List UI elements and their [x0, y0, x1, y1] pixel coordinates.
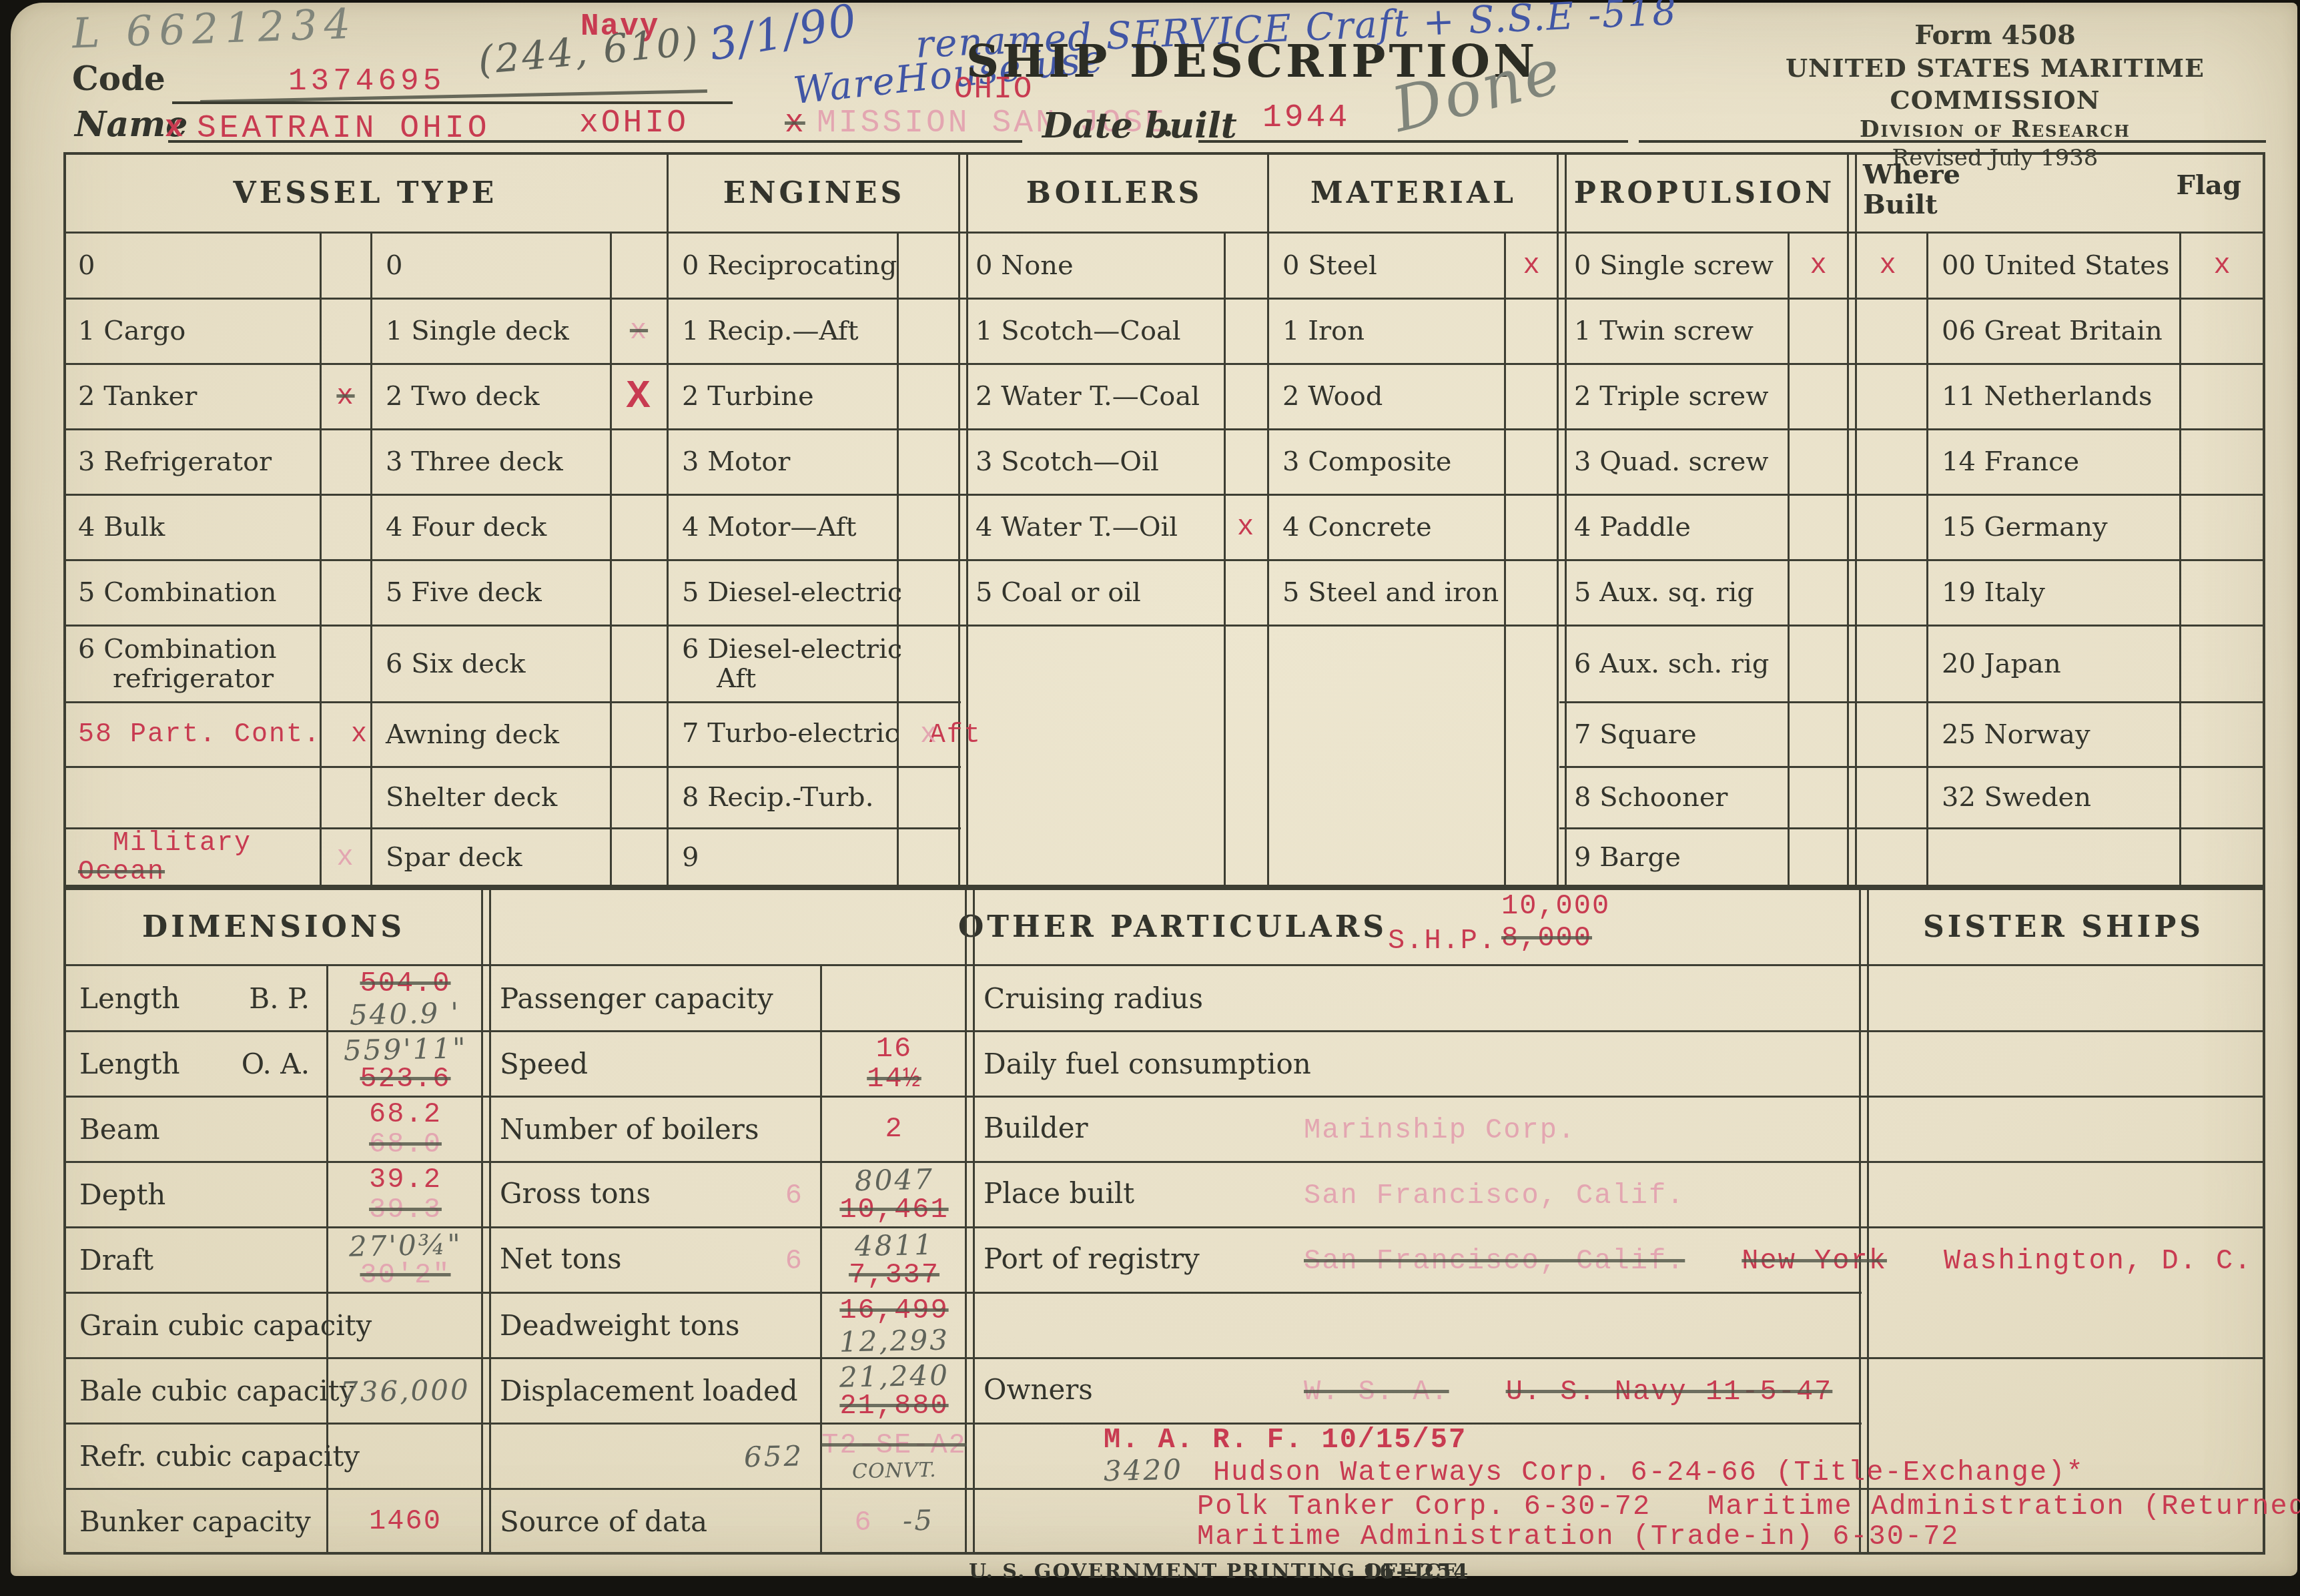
cell-text: 21,240: [839, 1360, 949, 1392]
cell-text: x: [2213, 251, 2231, 281]
cell-text: 2 Triple screw: [1574, 382, 1769, 411]
deck-type-mark: x: [611, 299, 667, 364]
cell-text: Maritime Administration (Trade-in) 6-30-…: [1197, 1522, 1960, 1552]
engine-type-label: 7 Turbo-electricAft: [682, 703, 897, 767]
header-right-underline: [1639, 140, 2266, 143]
cell-text: 8 Schooner: [1574, 783, 1728, 812]
cell-text: 652: [743, 1441, 821, 1473]
dimension-label: Grain cubic capacity: [79, 1293, 327, 1358]
cell-text: 39.2: [369, 1165, 442, 1195]
code-underline: [172, 101, 733, 104]
cell-text: Hudson Waterways Corp. 6-24-66 (Title-Ex…: [1213, 1458, 2084, 1488]
cell-text: 1 Single deck: [386, 317, 569, 346]
cell-text: 1 Recip.—Aft: [682, 317, 859, 346]
date-built-value: 1944: [1262, 100, 1350, 136]
material-type-label: 5 Steel and iron: [1282, 560, 1505, 626]
cell-text: 4 Paddle: [1574, 513, 1691, 542]
cell-text: 0: [78, 252, 95, 280]
cell-text: 8 Recip.-Turb.: [682, 783, 873, 812]
propulsion-type-label: 1 Twin screw: [1574, 299, 1788, 364]
particular-value: 21,24021,880: [821, 1358, 968, 1424]
cell-text: Washington, D. C.: [1944, 1246, 2252, 1276]
column-separator: [667, 152, 669, 887]
column-header: ENGINES: [667, 152, 961, 234]
material-type-label: 3 Composite: [1282, 430, 1505, 495]
engine-type-mark: x: [897, 703, 961, 767]
cell-text: 6: [854, 1508, 872, 1538]
country-label: 32 Sweden: [1942, 767, 2180, 829]
cell-text: 3 Quad. screw: [1574, 448, 1769, 476]
cell-text: Shelter deck: [386, 783, 557, 812]
ohio-stamp: OHIO: [954, 72, 1033, 107]
cell-text: 2 Turbine: [682, 382, 814, 411]
deck-type-label: 1 Single deck: [386, 299, 611, 364]
engine-type-label: 6 Diesel-electricAft: [682, 626, 897, 703]
cell-text: Aft: [682, 665, 756, 693]
propulsion-type-label: 4 Paddle: [1574, 495, 1788, 560]
cell-text: 14 France: [1942, 448, 2079, 476]
cell-text: Bunker capacity: [79, 1507, 311, 1537]
cell-text: 0 None: [976, 252, 1074, 280]
engine-type-label: 3 Motor: [682, 430, 897, 495]
cell-text: 5 Coal or oil: [976, 578, 1141, 607]
cell-text: Source of data: [500, 1507, 707, 1537]
form-print-code: 16—254: [1363, 1559, 1470, 1584]
material-type-mark: x: [1505, 234, 1559, 299]
cell-text: Place built: [984, 1178, 1304, 1208]
column-separator: [958, 152, 968, 887]
cell-text: 16,499: [839, 1296, 948, 1326]
cell-text: Spar deck: [386, 843, 522, 872]
ship-name-original-x: x: [785, 105, 805, 141]
cell-text: 68.2: [369, 1100, 442, 1130]
deck-type-label: 2 Two deck: [386, 364, 611, 430]
column-header: VESSEL TYPE: [63, 152, 667, 234]
engine-type-label: 8 Recip.-Turb.: [682, 767, 897, 829]
cell-text: 10,461: [839, 1195, 948, 1225]
particular-label: Speed: [500, 1032, 821, 1097]
cell-text: 1 Twin screw: [1574, 317, 1754, 346]
particular-value: 48117,337: [821, 1228, 968, 1293]
cell-text: Number of boilers: [500, 1114, 759, 1144]
boiler-type-label: 4 Water T.—Oil: [976, 495, 1224, 560]
dimension-value: 27'0¾"30'2": [327, 1228, 484, 1293]
cell-text: 1460: [369, 1507, 442, 1537]
deck-type-label: 6 Six deck: [386, 626, 611, 703]
form-identification-block: Form 4508 UNITED STATES MARITIME COMMISS…: [1708, 19, 2282, 172]
cell-text: 2: [885, 1114, 903, 1144]
cell-text: 3420: [1104, 1455, 1184, 1487]
vessel-type-label: 5 Combination: [78, 560, 320, 626]
propulsion-type-label: 0 Single screw: [1574, 234, 1788, 299]
particular-value: 16,49912,293: [821, 1293, 968, 1358]
boiler-type-label: 2 Water T.—Coal: [976, 364, 1224, 430]
deck-type-label: 4 Four deck: [386, 495, 611, 560]
deck-type-label: 5 Five deck: [386, 560, 611, 626]
particular-value: 1614½: [821, 1032, 968, 1097]
vessel-type-mark: x: [320, 364, 371, 430]
country-label: 25 Norway: [1942, 703, 2180, 767]
cell-text: B. P.: [249, 983, 327, 1014]
cell-text: 2 Two deck: [386, 382, 539, 411]
propulsion-type-mark: x: [1788, 234, 1850, 299]
sister-ships-header: SISTER SHIPS: [1862, 887, 2265, 966]
cell-text: Ocean: [78, 858, 165, 887]
cell-text: Net tons: [500, 1244, 622, 1274]
cell-text: 8047: [854, 1164, 934, 1196]
cell-text: New York: [1742, 1246, 1887, 1276]
where-built-header: Where Built: [1850, 152, 1960, 220]
cell-text: 5 Combination: [78, 578, 277, 607]
cell-text: 7,337: [849, 1260, 939, 1290]
dimensions-header: DIMENSIONS: [63, 887, 484, 966]
cell-text: 21,880: [839, 1391, 948, 1421]
particular-entry: Port of registrySan Francisco, Calif.New…: [984, 1228, 1862, 1293]
country-label: 11 Netherlands: [1942, 364, 2180, 430]
cell-text: 9: [682, 843, 699, 872]
cell-text: M. A. R. F. 10/15/57: [1104, 1425, 1467, 1455]
details-table: DIMENSIONSOTHER PARTICULARSSISTER SHIPS1…: [63, 887, 2265, 1555]
dimension-label: Beam: [79, 1097, 327, 1162]
row-line: [1862, 1030, 2265, 1032]
cell-text: 4 Four deck: [386, 513, 546, 542]
engine-type-label: 2 Turbine: [682, 364, 897, 430]
row-line: [1862, 1226, 2265, 1228]
cell-text: Length: [79, 1049, 180, 1079]
cell-text: 559'11": [343, 1033, 467, 1066]
country-label: 20 Japan: [1942, 626, 2180, 703]
shp-annotation: 10,000S.H.P.8,000: [1388, 890, 1735, 922]
shp-label: S.H.P.: [1388, 925, 1497, 957]
deck-type-label: Awning deck: [386, 703, 611, 767]
cell-text: 4 Motor—Aft: [682, 513, 857, 542]
cell-text: Passenger capacity: [500, 983, 773, 1014]
cell-text: 12,293: [839, 1324, 949, 1357]
material-type-label: 0 Steel: [1282, 234, 1505, 299]
cell-text: CONVT.: [851, 1460, 936, 1483]
particular-value: T2-SE-A2CONVT.: [821, 1424, 968, 1489]
particular-value: 6-5: [821, 1489, 968, 1555]
particular-label: Passenger capacity: [500, 966, 821, 1032]
country-label: 15 Germany: [1942, 495, 2180, 560]
particular-label: Displacement loaded: [500, 1358, 821, 1424]
cell-text: 4811: [854, 1229, 934, 1261]
cell-text: 5 Aux. sq. rig: [1574, 578, 1754, 607]
cell-text: 19 Italy: [1942, 578, 2045, 607]
cell-text: 7 Turbo-electric: [682, 719, 899, 748]
vessel-type-label: 6 Combinationrefrigerator: [78, 626, 320, 703]
cell-text: x: [1810, 251, 1828, 281]
cell-text: x: [336, 843, 354, 873]
particular-value: 804710,461: [821, 1162, 968, 1228]
particular-entry: M. A. R. F. 10/15/573420Hudson Waterways…: [984, 1424, 1862, 1489]
cell-text: Gross tons: [500, 1178, 651, 1208]
cell-text: 736,000: [340, 1374, 471, 1407]
dimension-label: Bale cubic capacity: [79, 1358, 327, 1424]
vessel-type-label: MilitaryOcean: [78, 829, 320, 887]
cell-text: 504.0: [360, 969, 450, 999]
cell-text: Draft: [79, 1245, 153, 1275]
engine-type-label: 0 Reciprocating: [682, 234, 897, 299]
cell-text: W. S. A.: [1304, 1377, 1449, 1407]
dimension-value: 39.239.3: [327, 1162, 484, 1228]
flag-mark: x: [2180, 234, 2265, 299]
cell-text: 3 Composite: [1282, 448, 1452, 476]
where-built-flag-header: Where BuiltFlag: [1850, 152, 2265, 234]
where-built-mark: x: [1850, 234, 1927, 299]
propulsion-type-label: 5 Aux. sq. rig: [1574, 560, 1788, 626]
cell-text: 540.9 ': [350, 997, 461, 1030]
deck-type-label: 0: [386, 234, 611, 299]
cell-text: San Francisco, Calif.: [1304, 1246, 1685, 1276]
cell-text: Depth: [79, 1180, 165, 1210]
cell-text: 4 Bulk: [78, 513, 165, 542]
country-label: 14 France: [1942, 430, 2180, 495]
form-number: Form 4508: [1708, 19, 2282, 52]
particular-label: Number of boilers: [500, 1097, 821, 1162]
cell-text: 6: [785, 1246, 821, 1276]
dimension-label: Depth: [79, 1162, 327, 1228]
propulsion-type-label: 8 Schooner: [1574, 767, 1788, 829]
dimension-label: Bunker capacity: [79, 1489, 327, 1555]
cell-text: 5 Five deck: [386, 578, 542, 607]
cell-text: 523.6: [360, 1064, 450, 1094]
dimension-label: LengthO. A.: [79, 1032, 327, 1097]
name-underline: [168, 140, 1022, 143]
particular-label: 652: [500, 1424, 821, 1489]
propulsion-type-label: 7 Square: [1574, 703, 1788, 767]
dimension-value: 68.268.0: [327, 1097, 484, 1162]
date-built-underline: [1198, 140, 1628, 143]
boiler-type-mark: x: [1224, 495, 1268, 560]
row-line: [1862, 1161, 2265, 1163]
vessel-type-label: 0: [78, 234, 320, 299]
cell-text: 9 Barge: [1574, 843, 1681, 872]
cell-text: 3 Motor: [682, 448, 790, 476]
cell-text: 6 Aux. sch. rig: [1574, 650, 1769, 679]
cell-text: San Francisco, Calif.: [1304, 1181, 1685, 1211]
particular-label: Gross tons6: [500, 1162, 821, 1228]
cell-text: x: [351, 721, 368, 749]
dimension-label: Draft: [79, 1228, 327, 1293]
cell-text: Speed: [500, 1049, 588, 1079]
agency-name: UNITED STATES MARITIME COMMISSION: [1708, 52, 2282, 115]
particular-entry: Cruising radius: [984, 966, 1862, 1032]
dimension-value: 559'11"523.6: [327, 1032, 484, 1097]
cell-text: Beam: [79, 1114, 160, 1144]
cell-text: 0: [386, 252, 402, 280]
country-label: 06 Great Britain: [1942, 299, 2180, 364]
dimension-value: 504.0540.9 ': [327, 966, 484, 1032]
deck-type-mark: X: [611, 364, 667, 430]
propulsion-type-label: 2 Triple screw: [1574, 364, 1788, 430]
cell-text: 25 Norway: [1942, 721, 2090, 749]
cell-text: 5 Steel and iron: [1282, 578, 1499, 607]
vessel-type-label: 3 Refrigerator: [78, 430, 320, 495]
cell-text: 27'0¾": [348, 1229, 462, 1262]
cell-text: 6 Six deck: [386, 650, 526, 679]
scanned-document-page: L 6621234 Navy 3/1/90 renamed SERVICE Cr…: [0, 0, 2300, 1596]
cell-text: O. A.: [242, 1049, 327, 1079]
cell-text: 1 Scotch—Coal: [976, 317, 1181, 346]
deck-type-label: Spar deck: [386, 829, 611, 887]
propulsion-type-label: 9 Barge: [1574, 829, 1788, 887]
boiler-type-label: 5 Coal or oil: [976, 560, 1224, 626]
particular-entry: Daily fuel consumption: [984, 1032, 1862, 1097]
vessel-type-label: 58 Part. Cont.x: [78, 703, 320, 767]
cell-text: Owners: [984, 1374, 1304, 1405]
cell-text: 39.3: [369, 1195, 442, 1225]
propulsion-type-label: 6 Aux. sch. rig: [1574, 626, 1788, 703]
column-header: PROPULSION: [1559, 152, 1850, 234]
material-type-label: 1 Iron: [1282, 299, 1505, 364]
cell-text: 1 Cargo: [78, 317, 185, 346]
cell-text: 3 Three deck: [386, 448, 563, 476]
deck-type-label: 3 Three deck: [386, 430, 611, 495]
dimension-value: 736,000: [327, 1358, 484, 1424]
cell-text: 15 Germany: [1942, 513, 2108, 542]
cell-text: Cruising radius: [984, 983, 1304, 1014]
cell-text: 16: [876, 1034, 912, 1064]
cell-text: 2 Water T.—Coal: [976, 382, 1200, 411]
cell-text: 3 Refrigerator: [78, 448, 272, 476]
cell-text: Refr. cubic capacity: [79, 1441, 360, 1471]
cell-text: 58 Part. Cont.: [78, 721, 321, 749]
cell-text: 0 Reciprocating: [682, 252, 897, 280]
particular-value: 2: [821, 1097, 968, 1162]
classification-table: VESSEL TYPEENGINESBOILERSMATERIALPROPULS…: [63, 152, 2265, 887]
vessel-type-label: 4 Bulk: [78, 495, 320, 560]
engine-type-label: 5 Diesel-electric: [682, 560, 897, 626]
cell-text: Length: [79, 983, 180, 1014]
column-header: MATERIAL: [1268, 152, 1559, 234]
cell-text: 2 Tanker: [78, 382, 197, 411]
cell-text: Daily fuel consumption: [984, 1049, 1304, 1079]
cell-text: 32 Sweden: [1942, 783, 2091, 812]
engine-type-label: 1 Recip.—Aft: [682, 299, 897, 364]
cell-text: 5 Diesel-electric: [682, 578, 902, 607]
material-type-label: 4 Concrete: [1282, 495, 1505, 560]
cell-text: 1 Iron: [1282, 317, 1365, 346]
code-value: 1374695: [288, 64, 445, 99]
propulsion-type-label: 3 Quad. screw: [1574, 430, 1788, 495]
particular-entry: Polk Tanker Corp. 6-30-72Maritime Admini…: [984, 1489, 1862, 1555]
cell-text: 68.0: [369, 1130, 442, 1160]
cell-text: 6: [785, 1181, 821, 1211]
engine-type-label: 9: [682, 829, 897, 887]
cell-text: 3 Scotch—Oil: [976, 448, 1159, 476]
cell-text: 6 Diesel-electric: [682, 635, 902, 664]
cell-text: x: [630, 316, 648, 346]
cell-text: 0 Steel: [1282, 252, 1377, 280]
vessel-type-label: 1 Cargo: [78, 299, 320, 364]
deck-type-label: Shelter deck: [386, 767, 611, 829]
cell-text: 20 Japan: [1942, 650, 2061, 679]
cell-text: refrigerator: [78, 665, 274, 693]
dimension-label: Refr. cubic capacity: [79, 1424, 327, 1489]
shp-new-value: 10,000: [1501, 890, 1735, 922]
cell-text: 00 United States: [1942, 252, 2170, 280]
cell-text: T2-SE-A2: [821, 1431, 967, 1461]
shp-old-value: 8,000: [1501, 922, 1592, 954]
engine-type-label: 4 Motor—Aft: [682, 495, 897, 560]
cell-text: -5: [902, 1505, 934, 1536]
vessel-type-mark: x: [320, 829, 371, 887]
particular-label: Source of data: [500, 1489, 821, 1555]
vessel-type-label: 2 Tanker: [78, 364, 320, 430]
cell-text: Displacement loaded: [500, 1376, 798, 1406]
cell-text: 30'2": [360, 1260, 450, 1290]
cell-text: Maritime Administration (Returned) 11/30…: [1707, 1492, 2300, 1522]
cell-text: 11 Netherlands: [1942, 382, 2152, 411]
cell-text: 4 Water T.—Oil: [976, 513, 1178, 542]
particular-entry: OwnersW. S. A.U. S. Navy 11-5-47: [984, 1358, 1862, 1424]
cell-text: Polk Tanker Corp. 6-30-72: [1197, 1492, 1651, 1522]
cell-text: Awning deck: [386, 721, 559, 749]
cell-text: x: [920, 720, 938, 750]
cell-text: x: [336, 382, 354, 412]
cell-text: 06 Great Britain: [1942, 317, 2163, 346]
cell-text: X: [626, 376, 651, 419]
boiler-type-label: 1 Scotch—Coal: [976, 299, 1224, 364]
cell-text: 14½: [867, 1064, 921, 1094]
cell-text: Grain cubic capacity: [79, 1310, 372, 1340]
ship-name-former: xOHIO: [579, 105, 689, 141]
particular-entry: Place builtSan Francisco, Calif.: [984, 1162, 1862, 1228]
dimension-value: 1460: [327, 1489, 484, 1555]
cell-text: Military: [78, 829, 252, 858]
cell-text: 0 Single screw: [1574, 252, 1774, 280]
cell-text: 7 Square: [1574, 721, 1697, 749]
cell-text: U. S. Navy 11-5-47: [1506, 1377, 1833, 1407]
particular-label: Deadweight tons: [500, 1293, 821, 1358]
boiler-type-label: 0 None: [976, 234, 1224, 299]
cell-text: 4 Concrete: [1282, 513, 1432, 542]
cell-text: Bale cubic capacity: [79, 1376, 355, 1406]
cell-text: Marinship Corp.: [1304, 1116, 1576, 1146]
cell-text: x: [1237, 512, 1255, 542]
cell-text: Builder: [984, 1113, 1304, 1143]
dimension-label: LengthB. P.: [79, 966, 327, 1032]
code-label: Code: [72, 59, 165, 98]
cell-text: 2 Wood: [1282, 382, 1383, 411]
cell-text: x: [1879, 251, 1897, 281]
cell-text: 6 Combination: [78, 635, 277, 664]
cell-text: Port of registry: [984, 1244, 1304, 1274]
row-line: [1862, 1357, 2265, 1359]
boiler-type-label: 3 Scotch—Oil: [976, 430, 1224, 495]
particular-label: Net tons6: [500, 1228, 821, 1293]
country-label: 19 Italy: [1942, 560, 2180, 626]
cell-text: Deadweight tons: [500, 1310, 740, 1340]
penciled-serial-number: L 6621234: [71, 0, 358, 57]
cell-text: x: [1523, 251, 1541, 281]
row-line: [1862, 1096, 2265, 1098]
flag-header: Flag: [2177, 152, 2265, 201]
particular-entry: BuilderMarinship Corp.: [984, 1097, 1862, 1162]
column-header: BOILERS: [961, 152, 1268, 234]
material-type-label: 2 Wood: [1282, 364, 1505, 430]
country-label: 00 United States: [1942, 234, 2180, 299]
